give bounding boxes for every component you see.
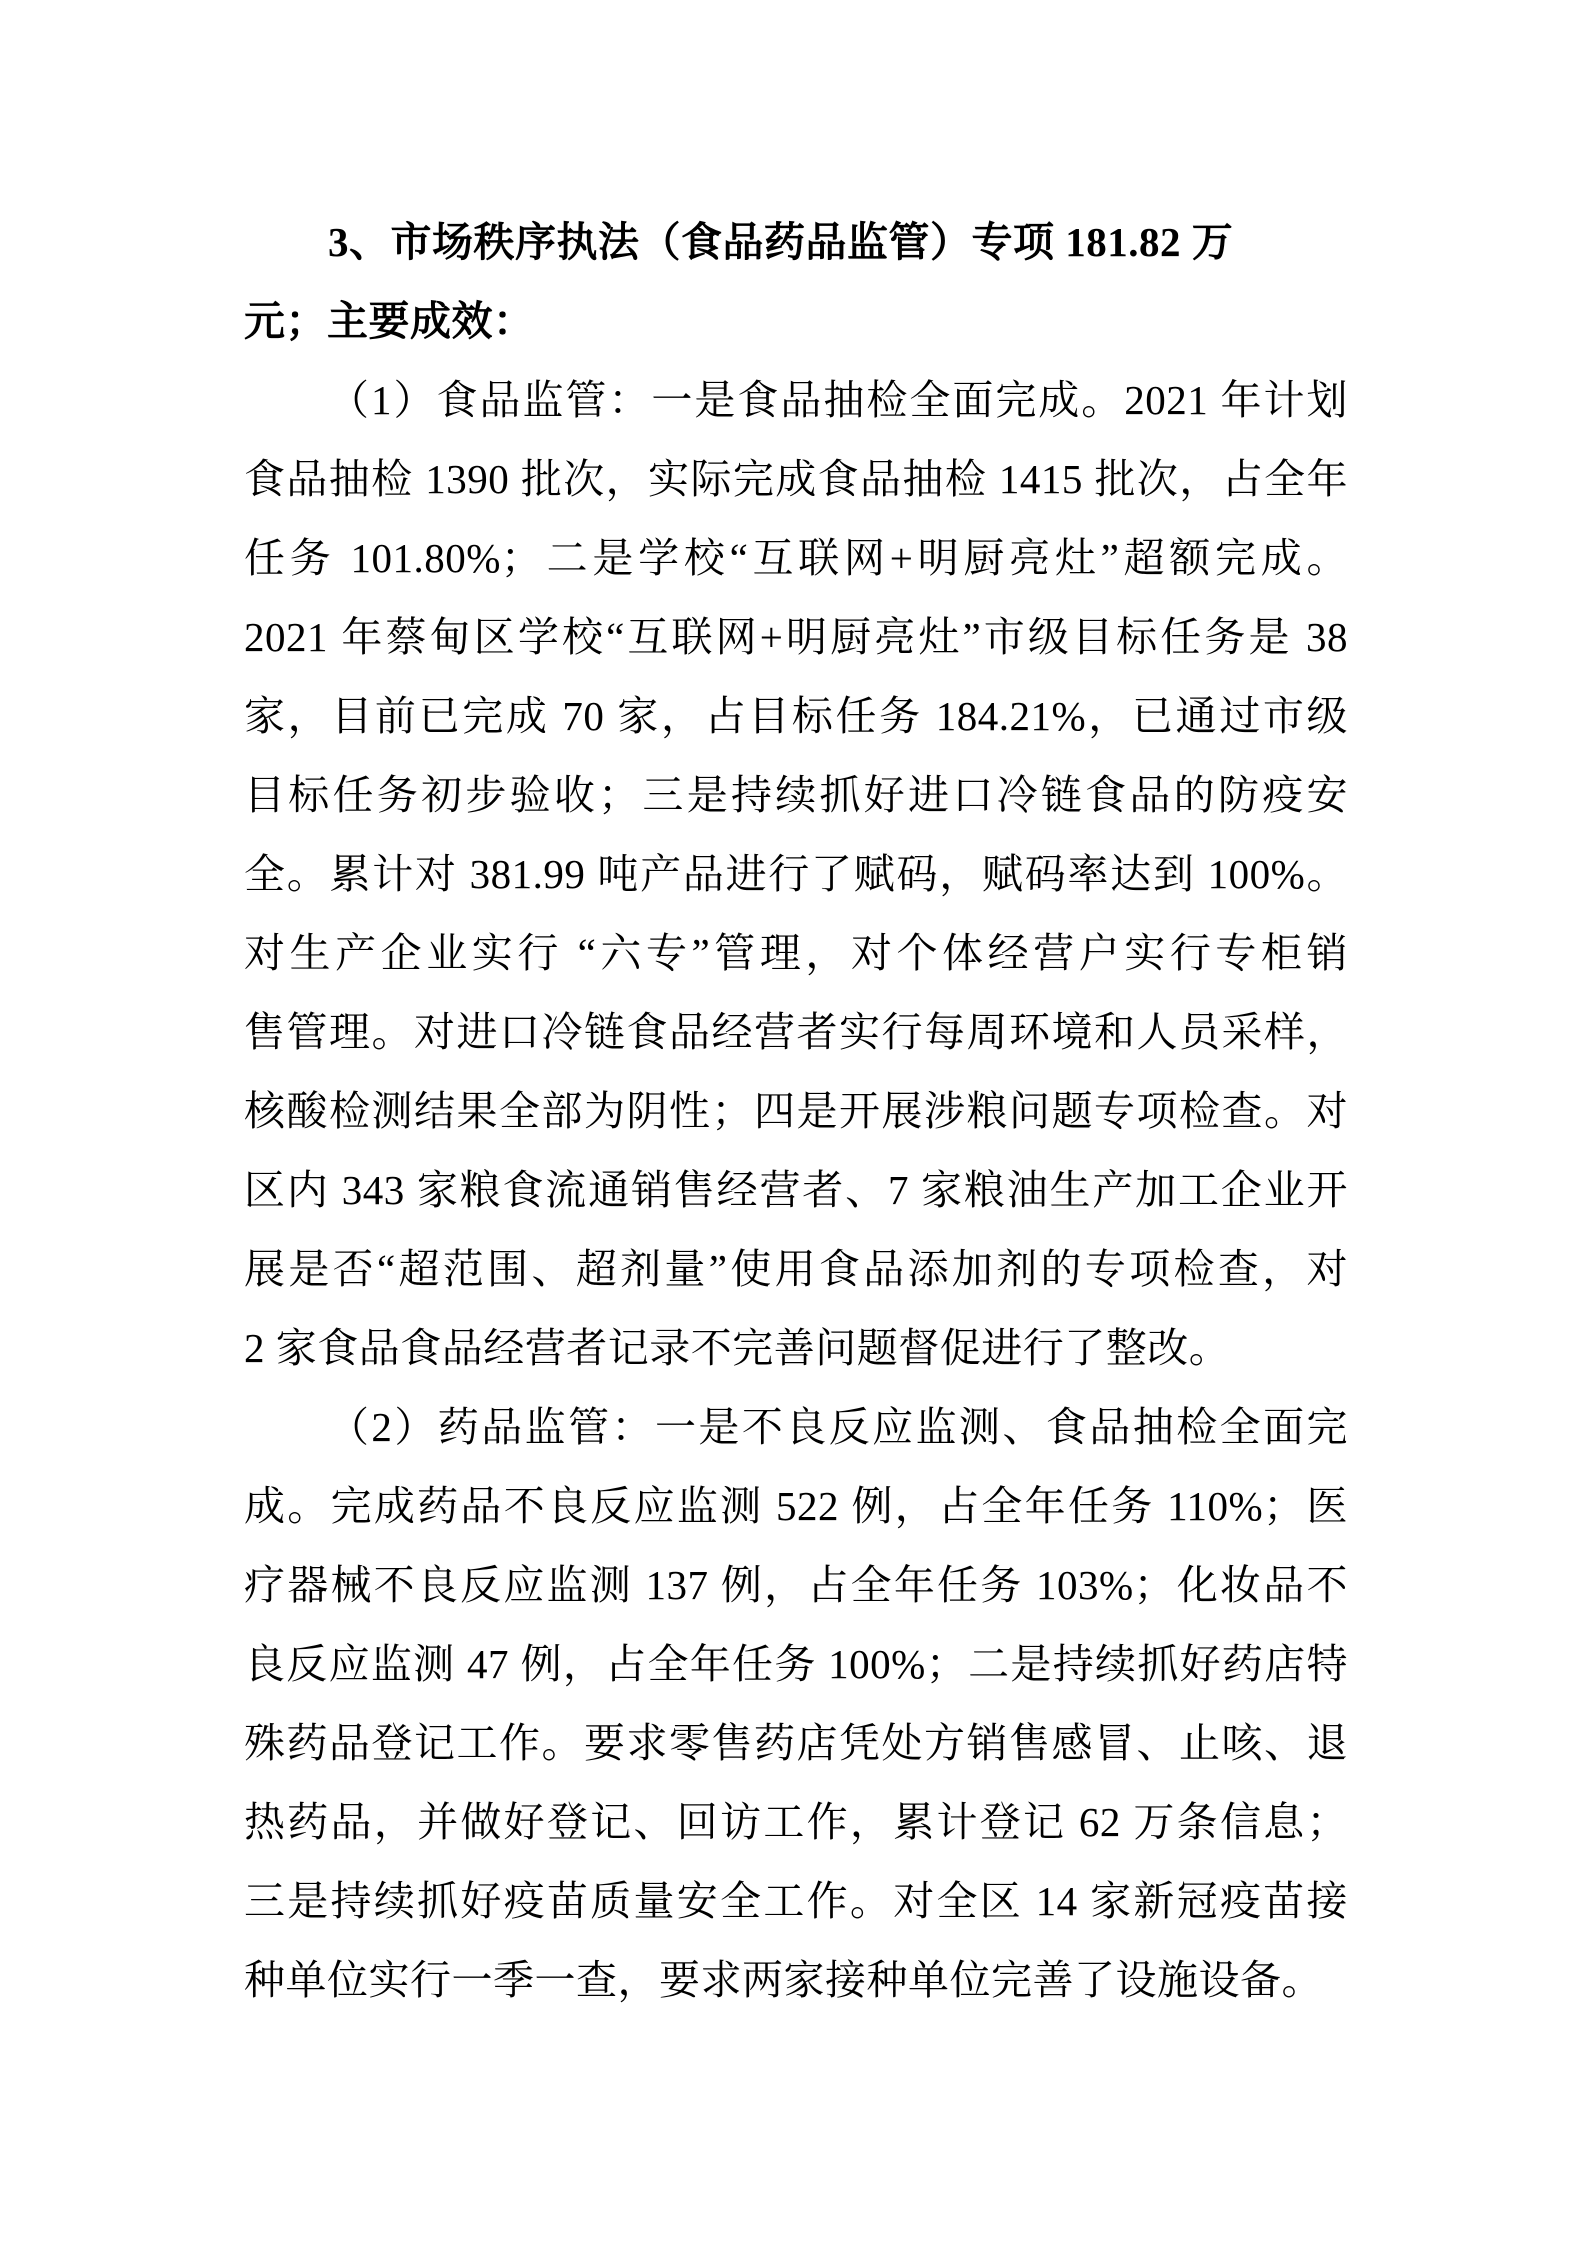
text-line: 核酸检测结果全部为阴性；四是开展涉粮问题专项检查。对 [244,1072,1348,1151]
text-line: 对生产企业实行 “六专”管理，对个体经营户实行专柜销 [244,914,1348,993]
heading-line-1: 3、市场秩序执法（食品药品监管）专项 181.82 万 [244,203,1348,282]
text-line: 热药品，并做好登记、回访工作，累计登记 62 万条信息； [244,1783,1348,1862]
text-line: 任务 101.80%；二是学校“互联网+明厨亮灶”超额完成。 [244,519,1348,598]
text-line: 种单位实行一季一查，要求两家接种单位完善了设施设备。 [244,1941,1348,2020]
text-line: 疗器械不良反应监测 137 例，占全年任务 103%；化妆品不 [244,1546,1348,1625]
text-line: 良反应监测 47 例，占全年任务 100%；二是持续抓好药店特 [244,1625,1348,1704]
text-line: 目标任务初步验收；三是持续抓好进口冷链食品的防疫安 [244,756,1348,835]
text-line: 三是持续抓好疫苗质量安全工作。对全区 14 家新冠疫苗接 [244,1862,1348,1941]
document-text-block: 3、市场秩序执法（食品药品监管）专项 181.82 万 元；主要成效： （1）食… [244,203,1348,2020]
text-line: 2021 年蔡甸区学校“互联网+明厨亮灶”市级目标任务是 38 [244,598,1348,677]
text-line: 2 家食品食品经营者记录不完善问题督促进行了整改。 [244,1309,1348,1388]
text-line: 殊药品登记工作。要求零售药店凭处方销售感冒、止咳、退 [244,1704,1348,1783]
text-line: （2）药品监管：一是不良反应监测、食品抽检全面完 [244,1388,1348,1467]
text-line: （1）食品监管：一是食品抽检全面完成。2021 年计划 [244,361,1348,440]
text-line: 成。完成药品不良反应监测 522 例，占全年任务 110%；医 [244,1467,1348,1546]
text-line: 家，目前已完成 70 家，占目标任务 184.21%，已通过市级 [244,677,1348,756]
document-page: 3、市场秩序执法（食品药品监管）专项 181.82 万 元；主要成效： （1）食… [0,0,1588,2245]
text-line: 全。累计对 381.99 吨产品进行了赋码，赋码率达到 100%。 [244,835,1348,914]
heading-line-2: 元；主要成效： [244,282,1348,361]
text-line: 售管理。对进口冷链食品经营者实行每周环境和人员采样， [244,993,1348,1072]
text-line: 食品抽检 1390 批次，实际完成食品抽检 1415 批次，占全年 [244,440,1348,519]
text-line: 展是否“超范围、超剂量”使用食品添加剂的专项检查，对 [244,1230,1348,1309]
text-line: 区内 343 家粮食流通销售经营者、7 家粮油生产加工企业开 [244,1151,1348,1230]
